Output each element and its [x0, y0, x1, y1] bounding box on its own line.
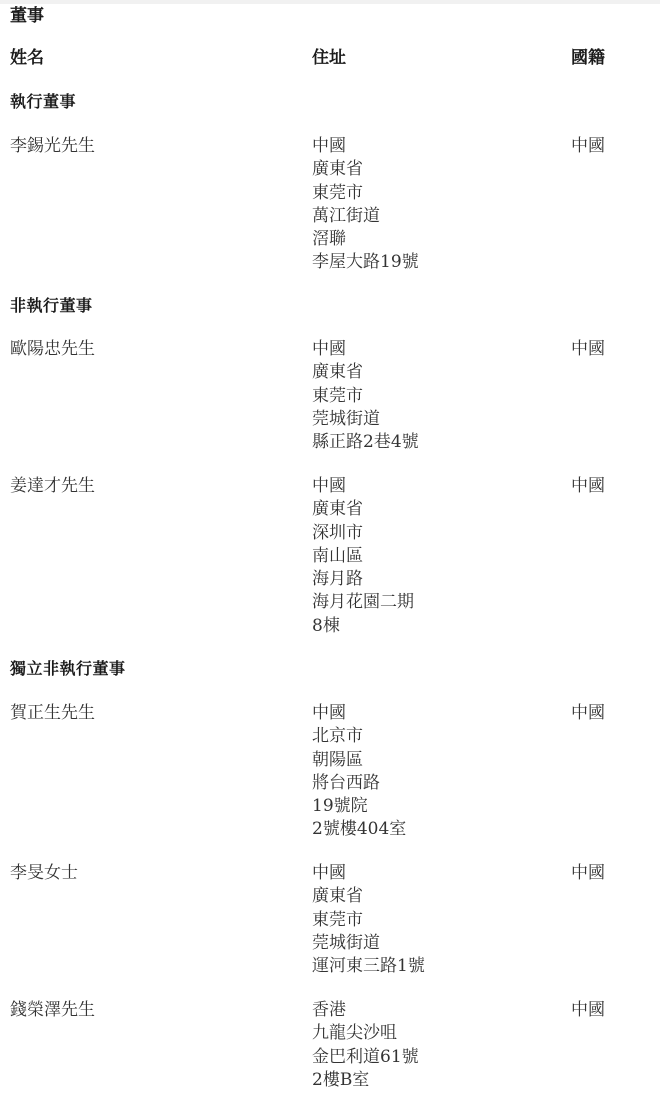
- address-line: 廣東省: [312, 158, 419, 181]
- address-line: 九龍尖沙咀: [312, 1022, 419, 1045]
- address-line: 19號院: [312, 795, 406, 818]
- address-line: 中國: [312, 135, 419, 158]
- address-line: 海月路: [312, 568, 414, 591]
- address-line: 莞城街道: [312, 932, 425, 955]
- director-name: 錢榮澤先生: [10, 999, 95, 1022]
- address-line: 北京市: [312, 725, 406, 748]
- address-line: 東莞市: [312, 385, 419, 408]
- address-line: 2樓B室: [312, 1069, 419, 1092]
- address-line: 中國: [312, 475, 414, 498]
- director-address: 中國 廣東省 東莞市 莞城街道 縣正路2巷4號: [312, 338, 419, 454]
- address-line: 東莞市: [312, 182, 419, 205]
- director-nationality: 中國: [571, 999, 605, 1022]
- address-line: 萬江街道: [312, 205, 419, 228]
- address-line: 東莞市: [312, 909, 425, 932]
- address-line: 莞城街道: [312, 408, 419, 431]
- section-heading-independent: 獨立非執行董事: [10, 657, 126, 681]
- director-address: 中國 廣東省 深圳市 南山區 海月路 海月花園二期 8棟: [312, 475, 414, 638]
- director-address: 中國 北京市 朝陽區 將台西路 19號院 2號樓404室: [312, 702, 406, 842]
- page-title: 董事: [10, 4, 44, 28]
- director-name: 姜達才先生: [10, 475, 95, 498]
- address-line: 金巴利道61號: [312, 1046, 419, 1069]
- address-line: 香港: [312, 999, 419, 1022]
- address-line: 運河東三路1號: [312, 955, 425, 978]
- director-name: 賀正生先生: [10, 702, 95, 725]
- director-address: 香港 九龍尖沙咀 金巴利道61號 2樓B室: [312, 999, 419, 1092]
- address-line: 中國: [312, 862, 425, 885]
- address-line: 深圳市: [312, 522, 414, 545]
- address-line: 廣東省: [312, 498, 414, 521]
- director-address: 中國 廣東省 東莞市 萬江街道 滘聯 李屋大路19號: [312, 135, 419, 275]
- section-heading-non-executive: 非執行董事: [10, 294, 93, 318]
- director-nationality: 中國: [571, 475, 605, 498]
- address-line: 中國: [312, 702, 406, 725]
- director-nationality: 中國: [571, 702, 605, 725]
- top-edge: [0, 0, 660, 4]
- address-line: 2號樓404室: [312, 818, 406, 841]
- director-address: 中國 廣東省 東莞市 莞城街道 運河東三路1號: [312, 862, 425, 978]
- address-line: 廣東省: [312, 361, 419, 384]
- address-line: 中國: [312, 338, 419, 361]
- address-line: 南山區: [312, 545, 414, 568]
- director-name: 李旻女士: [10, 862, 78, 885]
- address-line: 滘聯: [312, 228, 419, 251]
- director-nationality: 中國: [571, 862, 605, 885]
- address-line: 縣正路2巷4號: [312, 431, 419, 454]
- section-heading-executive: 執行董事: [10, 90, 76, 114]
- address-line: 朝陽區: [312, 749, 406, 772]
- director-name: 李錫光先生: [10, 135, 95, 158]
- director-nationality: 中國: [571, 338, 605, 361]
- column-header-address: 住址: [312, 46, 346, 70]
- address-line: 8棟: [312, 615, 414, 638]
- column-header-nationality: 國籍: [571, 46, 605, 70]
- column-header-name: 姓名: [10, 46, 44, 70]
- address-line: 廣東省: [312, 885, 425, 908]
- address-line: 李屋大路19號: [312, 251, 419, 274]
- address-line: 將台西路: [312, 772, 406, 795]
- director-nationality: 中國: [571, 135, 605, 158]
- director-name: 歐陽忠先生: [10, 338, 95, 361]
- address-line: 海月花園二期: [312, 591, 414, 614]
